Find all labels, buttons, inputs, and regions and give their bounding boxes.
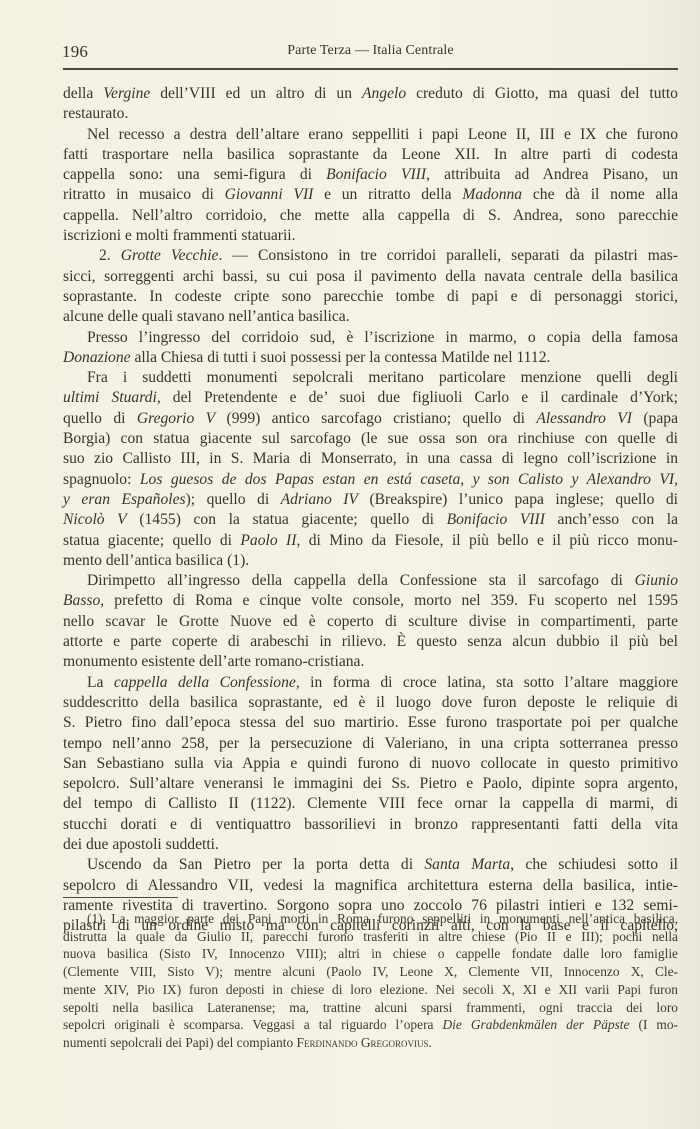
- body-line: nello scavar le Grotte Nuove ed è copert…: [63, 612, 678, 632]
- body-line: sepolcro di Alessandro VII, vedesi la ma…: [63, 876, 678, 896]
- text-run: iscrizioni e molti frammenti statuarii.: [63, 227, 296, 244]
- text-run: suo zio Callisto III, in S. Maria di Mon…: [63, 450, 678, 467]
- footnote-line: sepolti nella basilica Lateranense; ma, …: [63, 999, 678, 1017]
- text-run: (Breakspire) l’unico papa inglese; quell…: [358, 491, 678, 508]
- body-line: Nicolò V (1455) con la statua giacente; …: [63, 510, 678, 530]
- text-run: (I mo-: [629, 1017, 678, 1032]
- text-run: mento dell’antica basilica (1).: [63, 552, 249, 569]
- italic-text: Gregorio V: [137, 410, 215, 427]
- text-run: alcune delle quali stavano nell’antica b…: [63, 308, 350, 325]
- body-line: quello di Gregorio V (999) antico sarcof…: [63, 409, 678, 429]
- text-run: Presso l’ingresso del corridoio sud, è l…: [87, 329, 678, 346]
- italic-text: ultimi Stuardi: [63, 389, 157, 406]
- text-run: quello di: [63, 410, 137, 427]
- text-run: cappella. Nell’altro corridoio, che mett…: [63, 207, 678, 224]
- text-run: dell’VIII ed un altro di un: [150, 85, 362, 102]
- body-line: soprastante. In codeste cripte sono pare…: [63, 287, 678, 307]
- text-run: dei due apostoli suddetti.: [63, 836, 219, 853]
- body-line: monumento esistente dell’arte romano-cri…: [63, 652, 678, 672]
- text-run: suddescritto della basilica soprastante,…: [63, 694, 678, 711]
- italic-text: Los guesos de dos Papas estan en está ca…: [140, 471, 678, 488]
- body-line: fatti trasportare nella basilica soprast…: [63, 145, 678, 165]
- body-line: Uscendo da San Pietro per la porta detta…: [63, 855, 678, 875]
- text-run: (1) La maggior parte dei Papi morti in R…: [87, 911, 678, 926]
- footnote-line: numenti sepolcrali dei Papi) del compian…: [63, 1034, 678, 1052]
- body-line: Fra i suddetti monumenti sepolcrali meri…: [63, 368, 678, 388]
- body-line: Basso, prefetto di Roma e cinque volte c…: [63, 591, 678, 611]
- text-run: , di Mino da Fiesole, il più bello e il …: [296, 532, 678, 549]
- text-run: statua giacente; quello di: [63, 532, 240, 549]
- text-run: che dà il nome alla: [522, 186, 678, 203]
- footnote-line: nuova basilica (Sisto IV, Innocenzo VIII…: [63, 945, 678, 963]
- italic-text: Grotte Vecchie: [121, 247, 219, 264]
- italic-text: Bonifacio VIII: [447, 511, 545, 528]
- text-run: Uscendo da San Pietro per la porta detta…: [87, 856, 424, 873]
- italic-text: Giunio: [635, 572, 678, 589]
- body-line: iscrizioni e molti frammenti statuarii.: [63, 226, 678, 246]
- body-line: S. Pietro fino dall’epoca stessa del suo…: [63, 713, 678, 733]
- body-line: La cappella della Confessione, in forma …: [63, 673, 678, 693]
- text-run: sicci, sorreggenti archi bassi, su cui p…: [63, 268, 678, 285]
- text-run: Nel recesso a destra dell’altare erano s…: [87, 126, 678, 143]
- body-line: suo zio Callisto III, in S. Maria di Mon…: [63, 449, 678, 469]
- italic-text: Adriano IV: [281, 491, 358, 508]
- footnotes: (1) La maggior parte dei Papi morti in R…: [63, 910, 678, 1052]
- header-rule: [63, 68, 678, 70]
- body-line: Presso l’ingresso del corridoio sud, è l…: [63, 328, 678, 348]
- body-line: Donazione alla Chiesa di tutti i suoi po…: [63, 348, 678, 368]
- italic-text: Vergine: [103, 85, 150, 102]
- text-run: La: [87, 674, 114, 691]
- text-run: del tempo di Callisto II (1122). Clement…: [63, 795, 678, 812]
- text-run: fatti trasportare nella basilica soprast…: [63, 146, 678, 163]
- text-run: monumento esistente dell’arte romano-cri…: [63, 653, 364, 670]
- body-line: Borgia) con statua giacente sul sarcofag…: [63, 429, 678, 449]
- italic-text: Alessandro VI: [536, 410, 632, 427]
- text-run: tempo nell’anno 258, per la persecuzione…: [63, 735, 678, 752]
- text-run: Fra i suddetti monumenti sepolcrali meri…: [87, 369, 678, 386]
- text-run: S. Pietro fino dall’epoca stessa del suo…: [63, 714, 678, 731]
- body-line: San Sebastiano sulla via Appia e quindi …: [63, 754, 678, 774]
- footnote-line: (1) La maggior parte dei Papi morti in R…: [63, 910, 678, 928]
- body-line: statua giacente; quello di Paolo II, di …: [63, 531, 678, 551]
- footnote-line: sepolcri originali è scomparsa. Veggasi …: [63, 1016, 678, 1034]
- text-run: restaurato.: [63, 105, 128, 122]
- text-run: sepolti nella basilica Lateranense; ma, …: [63, 1000, 678, 1015]
- body-line: ritratto in musaico di Giovanni VII e un…: [63, 185, 678, 205]
- body-line: 2. Grotte Vecchie. — Consistono in tre c…: [63, 246, 678, 266]
- text-run: cappella sono: una semi-figura di: [63, 166, 326, 183]
- body-line: sepolcro. Sull’altare veneransi le immag…: [63, 774, 678, 794]
- text-run: Borgia) con statua giacente sul sarcofag…: [63, 430, 678, 447]
- italic-text: cappella della Confessione: [114, 674, 296, 691]
- page-header: 196 Parte Terza — Italia Centrale: [63, 40, 678, 64]
- body-line: ultimi Stuardi, del Pretendente e de’ su…: [63, 388, 678, 408]
- text-run: (999) antico sarcofago cristiano; quello…: [215, 410, 536, 427]
- italic-text: Paolo II: [240, 532, 296, 549]
- text-run: (1455) con la statua giacente; quello di: [127, 511, 447, 528]
- italic-text: Donazione: [63, 349, 131, 366]
- body-line: stucchi dorati e di ventiquattro bassori…: [63, 815, 678, 835]
- text-run: , in forma di croce latina, sta sotto l’…: [296, 674, 678, 691]
- text-run: attorte e parte coperte di arabeschi in …: [63, 633, 678, 650]
- italic-text: Basso: [63, 592, 100, 609]
- author-name: Ferdinando Gregorovius: [297, 1035, 429, 1050]
- text-run: .: [429, 1035, 432, 1050]
- italic-text: Die Grabdenkmälen der Päpste: [443, 1017, 630, 1032]
- text-run: ritratto in musaico di: [63, 186, 225, 203]
- body-line: spagnuolo: Los guesos de dos Papas estan…: [63, 470, 678, 490]
- text-run: stucchi dorati e di ventiquattro bassori…: [63, 816, 678, 833]
- footnote-line: (Clemente VIII, Sisto V); mentre alcuni …: [63, 963, 678, 981]
- text-run: sepolcro. Sull’altare veneransi le immag…: [63, 775, 678, 792]
- text-run: anch’esso con la: [545, 511, 678, 528]
- body-line: suddescritto della basilica soprastante,…: [63, 693, 678, 713]
- text-run: , attribuita ad Andrea Pisano, un: [426, 166, 678, 183]
- text-run: Dirimpetto all’ingresso della cappella d…: [87, 572, 635, 589]
- body-line: y eran Españoles); quello di Adriano IV …: [63, 490, 678, 510]
- text-run: e un ritratto della: [313, 186, 462, 203]
- body-line: della Vergine dell’VIII ed un altro di u…: [63, 84, 678, 104]
- italic-text: Nicolò V: [63, 511, 127, 528]
- text-run: alla Chiesa di tutti i suoi possessi per…: [131, 349, 551, 366]
- body-line: del tempo di Callisto II (1122). Clement…: [63, 794, 678, 814]
- body-line: mento dell’antica basilica (1).: [63, 551, 678, 571]
- text-run: numenti sepolcrali dei Papi) del compian…: [63, 1035, 297, 1050]
- body-line: restaurato.: [63, 104, 678, 124]
- footnote-rule: [63, 897, 178, 898]
- text-run: sepolcro di Alessandro VII, vedesi la ma…: [63, 877, 678, 894]
- running-title: Parte Terza — Italia Centrale: [63, 43, 678, 59]
- text-run: creduto di Giotto, ma quasi del tutto: [406, 85, 678, 102]
- footnote-line: distrutta la quale da Giulio II, parecch…: [63, 928, 678, 946]
- body-line: attorte e parte coperte di arabeschi in …: [63, 632, 678, 652]
- body-line: dei due apostoli suddetti.: [63, 835, 678, 855]
- text-run: , che schiudesi sotto il: [510, 856, 678, 873]
- italic-text: Bonifacio VIII: [326, 166, 426, 183]
- text-run: soprastante. In codeste cripte sono pare…: [63, 288, 678, 305]
- body-line: tempo nell’anno 258, per la persecuzione…: [63, 734, 678, 754]
- footnote-line: mente XIV, Pio IX) furon deposti in chie…: [63, 981, 678, 999]
- text-run: sepolcri originali è scomparsa. Veggasi …: [63, 1017, 443, 1032]
- text-run: San Sebastiano sulla via Appia e quindi …: [63, 755, 678, 772]
- text-run: mente XIV, Pio IX) furon deposti in chie…: [63, 982, 678, 997]
- text-run: . — Consistono in tre corridoi paralleli…: [218, 247, 678, 264]
- body-line: Dirimpetto all’ingresso della cappella d…: [63, 571, 678, 591]
- italic-text: Santa Marta: [424, 856, 510, 873]
- text-run: (papa: [632, 410, 678, 427]
- body-line: alcune delle quali stavano nell’antica b…: [63, 307, 678, 327]
- text-run: 2.: [99, 247, 121, 264]
- text-run: della: [63, 85, 103, 102]
- text-run: nello scavar le Grotte Nuove ed è copert…: [63, 613, 678, 630]
- text-run: distrutta la quale da Giulio II, parecch…: [63, 929, 678, 944]
- text-run: , prefetto di Roma e cinque volte consol…: [100, 592, 678, 609]
- body-line: cappella. Nell’altro corridoio, che mett…: [63, 206, 678, 226]
- body-line: sicci, sorreggenti archi bassi, su cui p…: [63, 267, 678, 287]
- italic-text: y eran Españoles: [63, 491, 186, 508]
- italic-text: Madonna: [462, 186, 522, 203]
- text-run: ); quello di: [186, 491, 281, 508]
- text-run: (Clemente VIII, Sisto V); mentre alcuni …: [63, 964, 678, 979]
- italic-text: Giovanni VII: [225, 186, 314, 203]
- body-line: Nel recesso a destra dell’altare erano s…: [63, 125, 678, 145]
- text-run: spagnuolo:: [63, 471, 140, 488]
- body-text: della Vergine dell’VIII ed un altro di u…: [63, 84, 678, 936]
- text-run: nuova basilica (Sisto IV, Innocenzo VIII…: [63, 946, 678, 961]
- text-run: , del Pretendente e de’ suoi due figliuo…: [157, 389, 678, 406]
- body-line: cappella sono: una semi-figura di Bonifa…: [63, 165, 678, 185]
- italic-text: Angelo: [362, 85, 406, 102]
